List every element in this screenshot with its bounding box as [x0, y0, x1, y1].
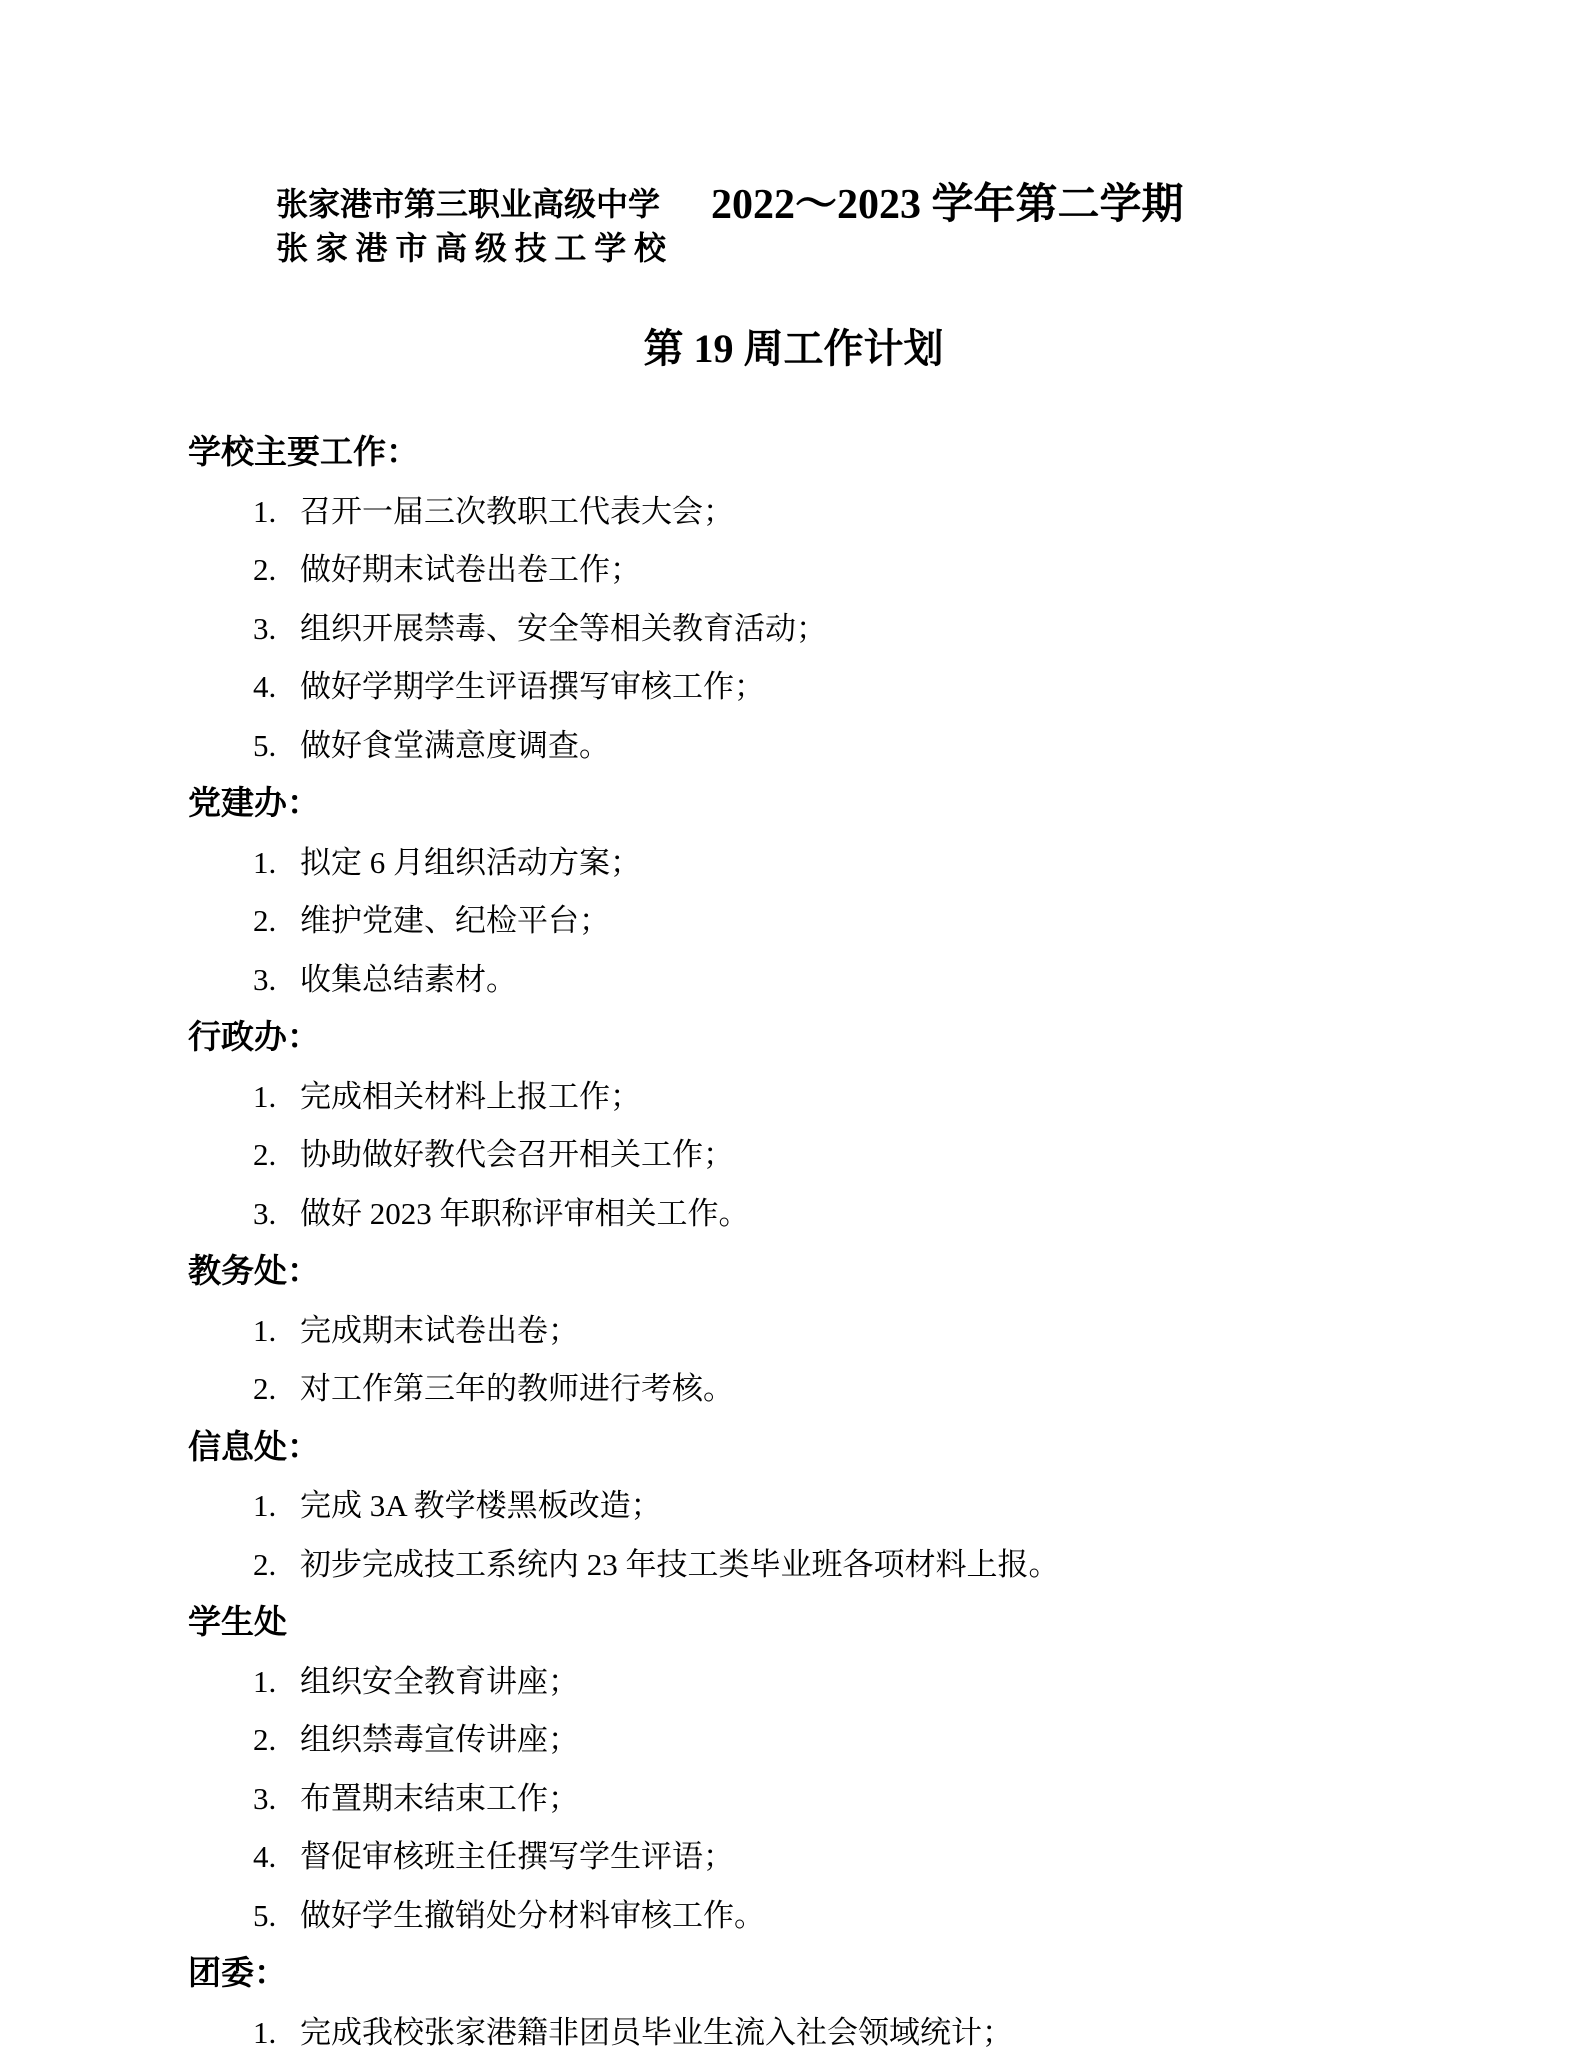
item-text: 对工作第三年的教师进行考核。	[300, 1371, 734, 1406]
list-item: 1.拟定 6 月组织活动方案；	[0, 834, 1587, 893]
item-text: 协助做好教代会召开相关工作；	[300, 1137, 734, 1172]
item-number: 5.	[253, 717, 300, 776]
item-text: 完成期末试卷出卷；	[300, 1313, 579, 1348]
item-number: 3.	[253, 600, 300, 659]
item-number: 1.	[253, 1653, 300, 1712]
list-item: 1.召开一届三次教职工代表大会；	[0, 483, 1587, 542]
document-page: 张家港市第三职业高级中学 张家港市高级技工学校 2022～2023 学年第二学期…	[0, 0, 1587, 2054]
item-number: 2.	[253, 1126, 300, 1185]
item-text: 召开一届三次教职工代表大会；	[300, 494, 734, 529]
item-number: 1.	[253, 2004, 300, 2054]
item-number: 2.	[253, 541, 300, 600]
item-number: 2.	[253, 1711, 300, 1770]
section-heading-information-office: 信息处：	[0, 1419, 1587, 1478]
item-number: 3.	[253, 1770, 300, 1829]
item-number: 4.	[253, 658, 300, 717]
item-number: 1.	[253, 1068, 300, 1127]
list-item: 3.收集总结素材。	[0, 951, 1587, 1010]
list-item: 2.初步完成技工系统内 23 年技工类毕业班各项材料上报。	[0, 1536, 1587, 1595]
list-item: 2.组织禁毒宣传讲座；	[0, 1711, 1587, 1770]
item-number: 3.	[253, 951, 300, 1010]
item-text: 做好 2023 年职称评审相关工作。	[300, 1196, 750, 1231]
item-number: 3.	[253, 1185, 300, 1244]
list-item: 5.做好学生撤销处分材料审核工作。	[0, 1887, 1587, 1946]
item-number: 1.	[253, 1477, 300, 1536]
item-text: 完成 3A 教学楼黑板改造；	[300, 1488, 662, 1523]
list-item: 3.布置期末结束工作；	[0, 1770, 1587, 1829]
list-item: 4.督促审核班主任撰写学生评语；	[0, 1828, 1587, 1887]
school-name-block: 张家港市第三职业高级中学 张家港市高级技工学校	[276, 182, 666, 270]
page-title: 第 19 周工作计划	[0, 329, 1587, 369]
item-number: 2.	[253, 892, 300, 951]
item-text: 做好学期学生评语撰写审核工作；	[300, 669, 765, 704]
item-text: 初步完成技工系统内 23 年技工类毕业班各项材料上报。	[300, 1547, 1060, 1582]
item-text: 完成我校张家港籍非团员毕业生流入社会领域统计；	[300, 2015, 1013, 2050]
section-heading-admin-office: 行政办：	[0, 1009, 1587, 1068]
list-item: 1.完成相关材料上报工作；	[0, 1068, 1587, 1127]
item-text: 做好食堂满意度调查。	[300, 728, 610, 763]
list-item: 1.完成期末试卷出卷；	[0, 1302, 1587, 1361]
section-heading-academic-office: 教务处：	[0, 1243, 1587, 1302]
section-heading-school-main-work: 学校主要工作：	[0, 424, 1587, 483]
document-body: 学校主要工作： 1.召开一届三次教职工代表大会； 2.做好期末试卷出卷工作； 3…	[0, 424, 1587, 2054]
item-text: 布置期末结束工作；	[300, 1781, 579, 1816]
item-number: 2.	[253, 1360, 300, 1419]
section-heading-student-office: 学生处	[0, 1594, 1587, 1653]
list-item: 2.对工作第三年的教师进行考核。	[0, 1360, 1587, 1419]
list-item: 5.做好食堂满意度调查。	[0, 717, 1587, 776]
school-name-line2: 张家港市高级技工学校	[276, 226, 666, 270]
item-text: 维护党建、纪检平台；	[300, 903, 610, 938]
list-item: 3.做好 2023 年职称评审相关工作。	[0, 1185, 1587, 1244]
item-text: 组织安全教育讲座；	[300, 1664, 579, 1699]
item-text: 督促审核班主任撰写学生评语；	[300, 1839, 734, 1874]
list-item: 1.完成我校张家港籍非团员毕业生流入社会领域统计；	[0, 2004, 1587, 2054]
item-number: 5.	[253, 1887, 300, 1946]
semester-label: 2022～2023 学年第二学期	[711, 184, 1184, 226]
item-text: 组织禁毒宣传讲座；	[300, 1722, 579, 1757]
item-number: 1.	[253, 1302, 300, 1361]
list-item: 4.做好学期学生评语撰写审核工作；	[0, 658, 1587, 717]
item-text: 做好学生撤销处分材料审核工作。	[300, 1898, 765, 1933]
list-item: 2.协助做好教代会召开相关工作；	[0, 1126, 1587, 1185]
item-text: 做好期末试卷出卷工作；	[300, 552, 641, 587]
item-text: 完成相关材料上报工作；	[300, 1079, 641, 1114]
item-number: 1.	[253, 834, 300, 893]
item-number: 1.	[253, 483, 300, 542]
item-number: 2.	[253, 1536, 300, 1595]
section-heading-youth-league: 团委：	[0, 1945, 1587, 2004]
item-text: 拟定 6 月组织活动方案；	[300, 845, 641, 880]
section-heading-party-office: 党建办：	[0, 775, 1587, 834]
list-item: 2.做好期末试卷出卷工作；	[0, 541, 1587, 600]
item-number: 4.	[253, 1828, 300, 1887]
list-item: 1.组织安全教育讲座；	[0, 1653, 1587, 1712]
school-name-line1: 张家港市第三职业高级中学	[276, 182, 666, 226]
list-item: 3.组织开展禁毒、安全等相关教育活动；	[0, 600, 1587, 659]
list-item: 2.维护党建、纪检平台；	[0, 892, 1587, 951]
item-text: 组织开展禁毒、安全等相关教育活动；	[300, 611, 827, 646]
item-text: 收集总结素材。	[300, 962, 517, 997]
list-item: 1.完成 3A 教学楼黑板改造；	[0, 1477, 1587, 1536]
